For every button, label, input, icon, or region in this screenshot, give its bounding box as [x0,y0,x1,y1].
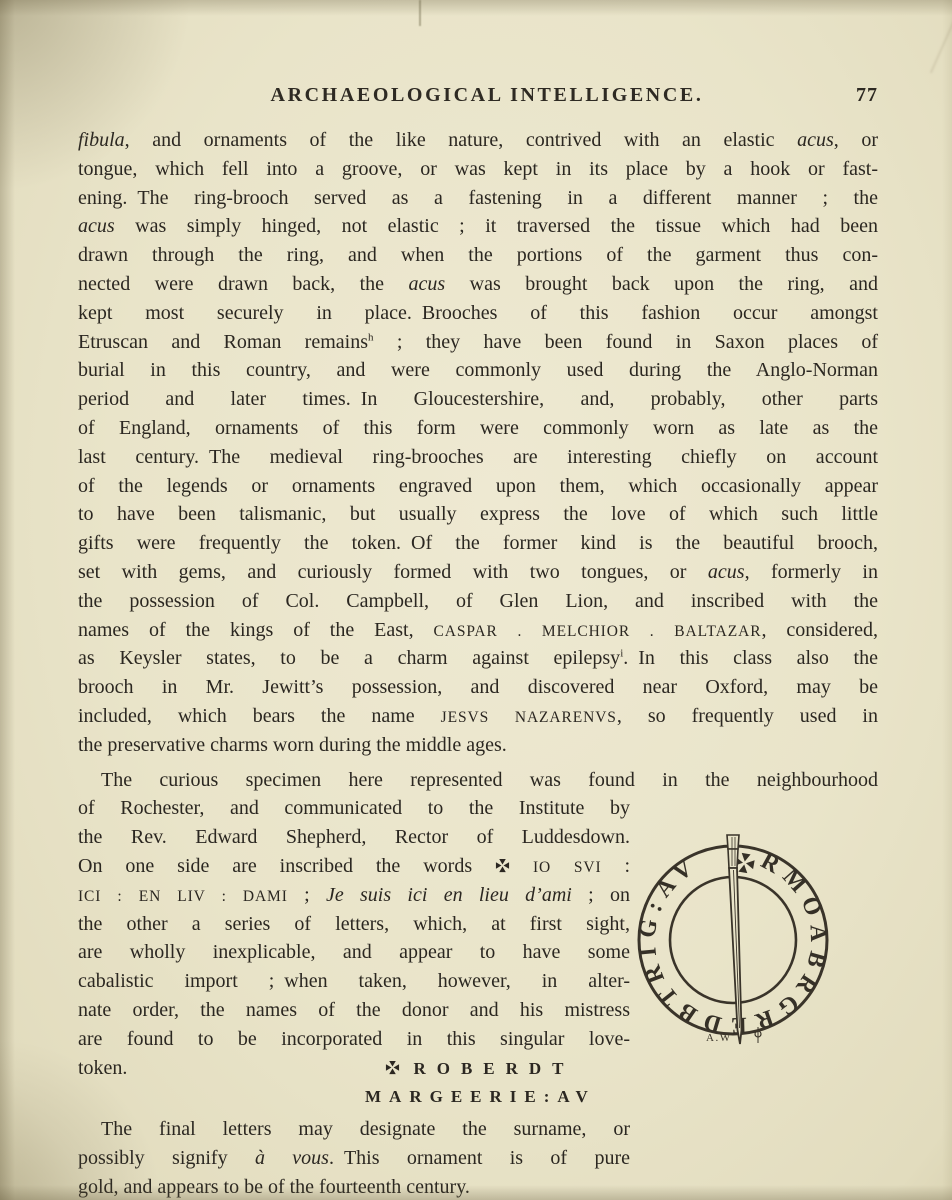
text-line: included, which bears the name JESVS NAZ… [78,702,878,731]
text-segment: gifts were frequently the token. Of the … [78,532,878,554]
text-segment: . In this class also the [623,647,878,669]
text-segment: as Keysler states, to be a charm against… [78,647,620,669]
text-segment: tongue, which fell into a groove, or was… [78,158,878,180]
text-line: acus was simply hinged, not elastic ; it… [78,212,878,241]
page-title: ARCHAEOLOGICAL INTELLIGENCE. [271,84,704,106]
text-line: tongue, which fell into a groove, or was… [78,155,878,184]
text-segment: Etruscan and Roman remains [78,331,368,353]
page-number: 77 [856,84,878,107]
text-segment: nected were drawn back, the [78,273,409,295]
text-segment: gold, and appears to be of the fourteent… [78,1176,470,1198]
text-segment [127,1073,380,1074]
text-segment: are found to be incorporated in this sin… [78,1028,630,1050]
text-segment: are wholly inexplicable, and appear to h… [78,941,630,963]
text-line: set with gems, and curiously formed with… [78,558,878,587]
text-line: cabalistic import ; when taken, however,… [78,967,630,996]
text-segment: the other a series of letters, which, at… [78,913,630,935]
text-segment: MARGEERIE:AV [365,1087,596,1106]
text-segment [78,1101,365,1102]
text-line: The curious specimen here represented wa… [78,766,878,795]
text-line: the possession of Col. Campbell, of Glen… [78,587,878,616]
text-line: gifts were frequently the token. Of the … [78,529,878,558]
text-segment: to have been talismanic, but usually exp… [78,503,878,525]
text-line: Etruscan and Roman remainsh ; they have … [78,328,878,357]
text-segment: names of the kings of the East, [78,619,433,641]
brooch-figure: RMOABRGREDBTRIG:AV A.W [622,822,857,1057]
text-segment: the possession of Col. Campbell, of Glen… [78,590,878,612]
text-segment: brooch in Mr. Jewitt’s possession, and d… [78,676,878,698]
text-line: of England, ornaments of this form were … [78,414,878,443]
paper-crease [419,0,421,26]
text-segment: JESVS NAZARENVS [441,709,617,726]
text-segment: acus [409,273,446,295]
text-line: nate order, the names of the donor and h… [78,996,630,1025]
text-line: the preservative charms worn during the … [78,731,878,760]
text-segment: token. [78,1057,127,1079]
text-line: The final letters may designate the surn… [78,1115,630,1144]
running-header: ARCHAEOLOGICAL INTELLIGENCE. 77 [78,84,878,107]
text-line: ening. The ring-brooch served as a faste… [78,184,878,213]
text-segment: of Rochester, and communicated to the In… [78,797,630,819]
text-segment: , so frequently used in [617,705,878,727]
text-segment: , formerly in [745,561,878,583]
text-line: period and later times. In Gloucestershi… [78,385,878,414]
paragraph: The final letters may designate the surn… [78,1115,878,1200]
text-segment: was brought back upon the ring, and [445,273,878,295]
text-line: burial in this country, and were commonl… [78,356,878,385]
brooch-engraving: RMOABRGREDBTRIG:AV A.W [622,822,857,1057]
text-line: of the legends or ornaments engraved upo… [78,472,878,501]
text-segment: The curious specimen here represented wa… [101,769,878,791]
text-segment: drawn through the ring, and when the por… [78,244,878,266]
text-line: as Keysler states, to be a charm against… [78,644,878,673]
text-line: ICI : EN LIV : DAMI ; Je suis ici en lie… [78,881,630,910]
text-segment: , considered, [761,619,878,641]
text-line: are wholly inexplicable, and appear to h… [78,938,630,967]
text-segment: acus [708,561,745,583]
text-segment: The final letters may designate the surn… [101,1118,630,1140]
text-segment: of the legends or ornaments engraved upo… [78,475,878,497]
text-segment: the preservative charms worn during the … [78,734,507,756]
text-segment: à vous [255,1147,329,1169]
text-line: fibula, and ornaments of the like nature… [78,126,878,155]
text-line: are found to be incorporated in this sin… [78,1025,630,1054]
text-segment: burial in this country, and were commonl… [78,359,878,381]
text-segment: On one side are inscribed the words [78,855,495,877]
text-segment: , or [834,129,878,151]
text-segment: the Rev. Edward Shepherd, Rector of Ludd… [78,826,630,848]
text-line: drawn through the ring, and when the por… [78,241,878,270]
text-segment: . This ornament is of pure [329,1147,630,1169]
text-line: nected were drawn back, the acus was bro… [78,270,878,299]
text-segment: ; they have been found in Saxon places o… [373,331,878,353]
text-segment: Je suis ici en lieu d’ami [326,884,572,906]
text-segment: last century. The medieval ring-brooches… [78,446,878,468]
text-line: gold, and appears to be of the fourteent… [78,1173,630,1200]
text-segment: ening. The ring-brooch served as a faste… [78,187,878,209]
text-segment: period and later times. In Gloucestershi… [78,388,878,410]
paper-crease [930,9,952,74]
text-segment: kept most securely in place. Brooches of… [78,302,878,324]
text-line: names of the kings of the East, CASPAR .… [78,616,878,645]
text-line: the other a series of letters, which, at… [78,910,630,939]
text-segment: ; [288,884,326,906]
text-line: possibly signify à vous. This ornament i… [78,1144,630,1173]
maltese-cross-icon [495,855,510,877]
text-segment: fibula [78,129,125,151]
text-segment: CASPAR . MELCHIOR . BALTAZAR [433,623,761,640]
text-line: last century. The medieval ring-brooches… [78,443,878,472]
text-segment: possibly signify [78,1147,255,1169]
text-segment: set with gems, and curiously formed with… [78,561,708,583]
text-segment: was simply hinged, not elastic ; it trav… [115,215,878,237]
scanned-book-page: ARCHAEOLOGICAL INTELLIGENCE. 77 fibula, … [0,0,952,1200]
text-line: brooch in Mr. Jewitt’s possession, and d… [78,673,878,702]
text-segment: nate order, the names of the donor and h… [78,999,630,1021]
text-segment: ICI : EN LIV : DAMI [78,888,288,905]
text-segment: ROBERDT [413,1059,574,1078]
text-segment: of England, ornaments of this form were … [78,417,878,439]
text-line: to have been talismanic, but usually exp… [78,500,878,529]
text-segment: , and ornaments of the like nature, cont… [125,129,797,151]
text-line: the Rev. Edward Shepherd, Rector of Ludd… [78,823,630,852]
text-segment: cabalistic import ; when taken, however,… [78,970,630,992]
text-segment: IO SVI [533,859,602,876]
text-line: of Rochester, and communicated to the In… [78,794,630,823]
maltese-cross-icon [385,1057,400,1079]
text-segment: included, which bears the name [78,705,441,727]
paragraph: fibula, and ornaments of the like nature… [78,126,878,760]
text-line: On one side are inscribed the words IO S… [78,852,630,881]
text-line: MARGEERIE:AV [78,1082,630,1111]
text-segment: acus [797,129,834,151]
text-line: token. ROBERDT [78,1054,630,1083]
artist-signature: A.W [706,1032,732,1044]
text-line: kept most securely in place. Brooches of… [78,299,878,328]
text-segment: acus [78,215,115,237]
